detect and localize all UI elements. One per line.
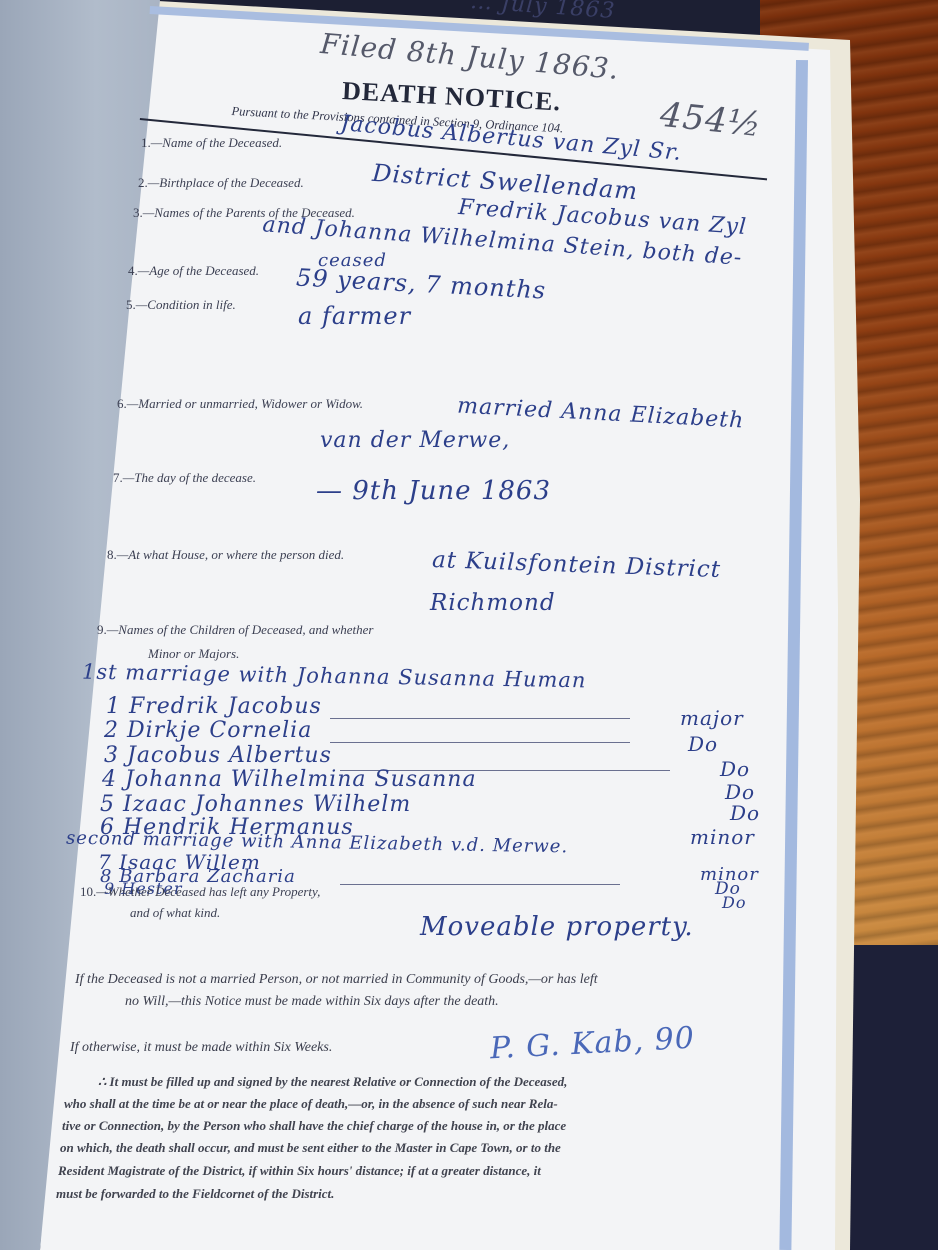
notice-line-2: no Will,—this Notice must be made within…	[125, 994, 499, 1010]
child-line	[330, 742, 630, 743]
signature: P. G. Kab, 90	[489, 1021, 695, 1067]
child-3: 3 Jacobus Albertus	[104, 743, 332, 768]
field-label-marital-status: 6.—Married or unmarried, Widower or Wido…	[117, 396, 363, 412]
instruction-line-4: on which, the death shall occur, and mus…	[60, 1140, 561, 1156]
child-line	[330, 718, 630, 719]
child-5-status: Do	[730, 801, 760, 825]
child-2-status: Do	[688, 732, 718, 756]
child-6-status: minor	[690, 825, 755, 849]
field-label-property: 10.—Whether Deceased has left any Proper…	[80, 884, 320, 900]
instruction-line-3: tive or Connection, by the Person who sh…	[62, 1118, 566, 1134]
field-label-condition: 5.—Condition in life.	[126, 297, 236, 313]
instruction-line-6: must be forwarded to the Fieldcornet of …	[56, 1186, 334, 1202]
child-1: 1 Fredrik Jacobus	[106, 694, 322, 719]
field-label-children-line2: Minor or Majors.	[148, 646, 239, 662]
child-9-status: Do	[722, 893, 746, 912]
child-line	[340, 884, 620, 885]
child-3-status: Do	[720, 757, 750, 781]
field-value-age: 59 years, 7 months	[295, 263, 546, 304]
field-value-place-of-death-line2: Richmond	[430, 590, 556, 616]
child-4: 4 Johanna Wilhelmina Susanna	[102, 767, 477, 792]
field-label-place-of-death: 8.—At what House, or where the person di…	[107, 547, 344, 563]
field-label-age: 4.—Age of the Deceased.	[128, 263, 259, 279]
field-value-property: Moveable property.	[420, 912, 694, 942]
field-label-children: 9.—Names of the Children of Deceased, an…	[97, 622, 373, 638]
first-marriage-heading: 1st marriage with Johanna Susanna Human	[82, 660, 587, 693]
field-value-date-of-death: — 9th June 1863	[316, 476, 551, 506]
child-5: 5 Izaac Johannes Wilhelm	[100, 792, 411, 817]
field-label-date-of-death: 7.—The day of the decease.	[113, 470, 256, 486]
edge-annotation: … July 1863	[469, 0, 616, 24]
child-1-status: major	[680, 706, 744, 730]
field-value-condition: a farmer	[298, 302, 411, 330]
reference-number: 454½	[658, 95, 763, 145]
field-value-marital-status-line2: van der Merwe,	[320, 428, 510, 453]
field-label-birthplace: 2.—Birthplace of the Deceased.	[138, 175, 304, 191]
field-label-name: 1.—Name of the Deceased.	[141, 135, 282, 151]
field-label-property-line2: and of what kind.	[130, 905, 220, 921]
instruction-line-5: Resident Magistrate of the District, if …	[58, 1163, 541, 1179]
instruction-line-1: ∴ It must be filled up and signed by the…	[98, 1074, 567, 1090]
notice-line-3: If otherwise, it must be made within Six…	[70, 1040, 332, 1056]
field-value-place-of-death: at Kuilsfontein District	[432, 547, 722, 583]
notice-line-1: If the Deceased is not a married Person,…	[75, 972, 598, 988]
instruction-line-2: who shall at the time be at or near the …	[64, 1096, 558, 1112]
death-notice-form: … July 1863 Filed 8th July 1863. 454½ DE…	[0, 0, 938, 1250]
child-2: 2 Dirkje Cornelia	[104, 718, 312, 743]
